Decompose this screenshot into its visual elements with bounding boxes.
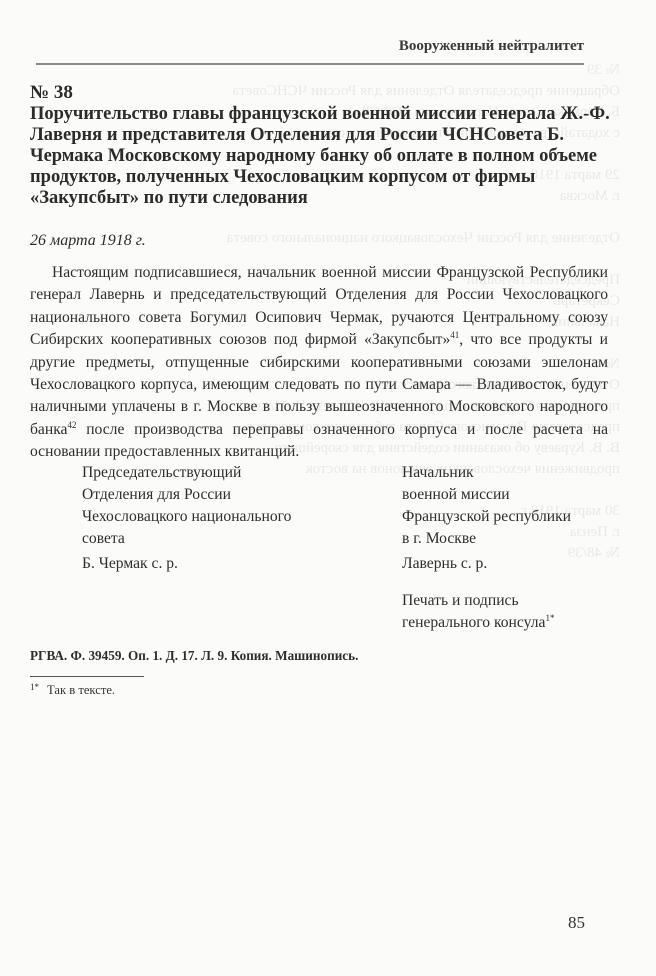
signature-name-left: Б. Чермак с. р. [82,555,178,573]
footnote: 1*Так в тексте. [30,682,115,698]
document-title: Поручительство главы французской военной… [30,104,610,209]
signature-block-left: Председательствующий Отделения для Росси… [82,462,291,550]
footnote-ref-41: 41 [450,330,459,340]
seal-note-line2-text: генерального консула [402,614,545,631]
running-head: Вооруженный нейтралитет [36,38,584,65]
signature-left-line2: Отделения для России [82,484,291,506]
footnote-mark: 1* [30,682,39,692]
signature-left-line4: совета [82,528,291,550]
signature-name-right: Лавернь с. р. [402,555,487,573]
page-number: 85 [568,913,585,933]
book-page: № 39 Обращение председателя Отделения дл… [0,0,656,976]
signature-right-line2: военной миссии [402,484,571,506]
signature-block-right: Начальник военной миссии Французской рес… [402,462,571,550]
seal-note: Печать и подпись генерального консула1* [402,590,554,634]
signature-right-line1: Начальник [402,462,571,484]
seal-note-line2: генерального консула1* [402,612,554,634]
document-date: 26 марта 1918 г. [30,232,146,250]
body-paragraph: Настоящим подписавшиеся, начальник военн… [30,262,608,464]
signature-right-line3: Французской республики [402,506,571,528]
archive-source: РГВА. Ф. 39459. Оп. 1. Д. 17. Л. 9. Копи… [30,648,358,664]
signature-left-line1: Председательствующий [82,462,291,484]
signature-left-line3: Чехословацкого национального [82,506,291,528]
signature-right-line4: в г. Москве [402,528,571,550]
footnote-ref-1star: 1* [545,613,554,623]
footnote-divider [30,676,144,677]
footnote-text: Так в тексте. [47,683,115,697]
body-text-part3: после производства переправы означенного… [30,421,608,460]
document-number: № 38 [30,82,73,104]
seal-note-line1: Печать и подпись [402,590,554,612]
document-body: Настоящим подписавшиеся, начальник военн… [30,262,608,464]
